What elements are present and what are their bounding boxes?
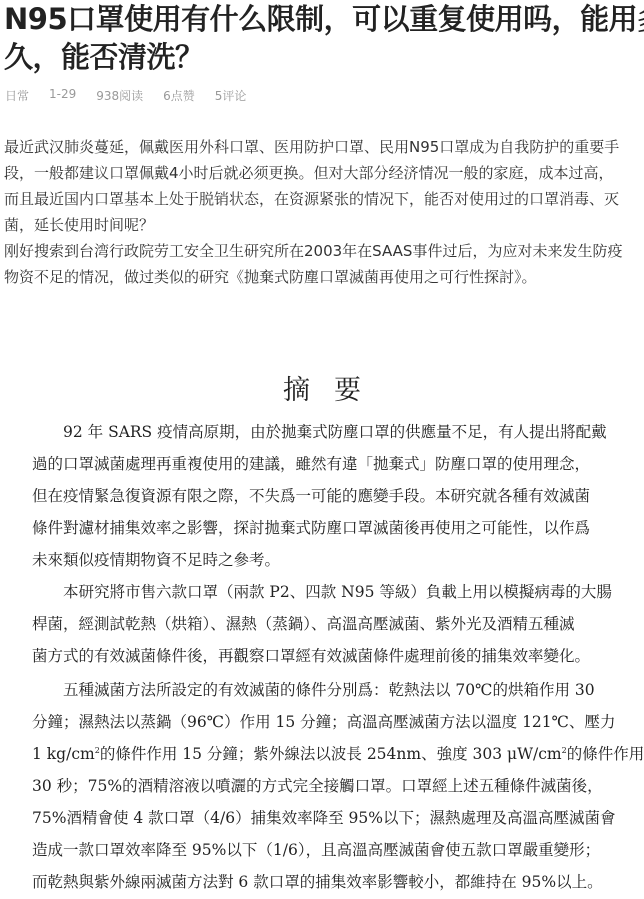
article-meta: 日常 1-29 938阅读 6点赞 5评论 (5, 87, 266, 104)
comment-count[interactable]: 5评论 (215, 87, 247, 104)
abstract-paragraph-3: 五種滅菌方法所設定的有效滅菌的條件分別爲：乾熱法以 70℃的烘箱作用 30 分鐘… (32, 674, 632, 898)
abstract-line: 未來類似疫情期物資不足時之參考。 (32, 544, 632, 576)
body-line: 物资不足的情况，做过类似的研究《抛棄式防塵口罩滅菌再使用之可行性探討》。 (4, 264, 644, 290)
unit-text: 的條件作用 (567, 745, 644, 763)
abstract-line: 桿菌，經測試乾熱（烘箱）、濕熱（蒸鍋）、高溫高壓滅菌、紫外光及酒精五種滅 (32, 608, 632, 640)
abstract-heading: 摘要 (0, 368, 644, 407)
article-title: N95口罩使用有什么限制，可以重复使用吗，能用多 久，能否清洗？ (4, 0, 644, 76)
body-line: 段，一般都建议口罩佩戴4小时后就必须更换。但对大部分经济情况一般的家庭，成本过高… (4, 160, 644, 186)
abstract-line: 而乾熱與紫外線兩滅菌方法對 6 款口罩的捕集效率影響較小，都維持在 95%以上。 (32, 866, 632, 898)
abstract-line: 30 秒；75%的酒精溶液以噴灑的方式完全接觸口罩。口罩經上述五種條件滅菌後， (32, 770, 632, 802)
category-link[interactable]: 日常 (5, 87, 29, 104)
publish-date: 1-29 (49, 87, 76, 104)
abstract-line: 但在疫情緊急復資源有限之際，不失爲一可能的應變手段。本研究就各種有效滅菌 (32, 480, 632, 512)
article-body: 最近武汉肺炎蔓延，佩戴医用外科口罩、医用防护口罩、民用N95口罩成为自我防护的重… (4, 134, 644, 290)
abstract-line: 1 kg/cm2的條件作用 15 分鐘；紫外線法以波長 254nm、強度 303… (32, 738, 632, 770)
body-line: 刚好搜索到台湾行政院劳工安全卫生研究所在2003年在SAAS事件过后，为应对未来… (4, 238, 644, 264)
title-line-2: 久，能否清洗？ (4, 38, 644, 76)
read-count: 938阅读 (96, 87, 143, 104)
unit-text: 1 kg/cm (32, 745, 95, 763)
abstract-line: 本研究將市售六款口罩（兩款 P2、四款 N95 等級）負載上用以模擬病毒的大腸 (32, 576, 632, 608)
abstract-line: 分鐘；濕熱法以蒸鍋（96℃）作用 15 分鐘；高溫高壓滅菌方法以溫度 121℃、… (32, 706, 632, 738)
abstract-line: 92 年 SARS 疫情高原期，由於拋棄式防塵口罩的供應量不足，有人提出將配戴 (32, 416, 632, 448)
title-line-1: N95口罩使用有什么限制，可以重复使用吗，能用多 (4, 0, 644, 38)
body-line: 而且最近国内口罩基本上处于脱销状态，在资源紧张的情况下，能否对使用过的口罩消毒、… (4, 186, 644, 212)
body-line: 菌，延长使用时间呢？ (4, 212, 644, 238)
body-line: 最近武汉肺炎蔓延，佩戴医用外科口罩、医用防护口罩、民用N95口罩成为自我防护的重… (4, 134, 644, 160)
scanned-abstract-image: 摘要 92 年 SARS 疫情高原期，由於拋棄式防塵口罩的供應量不足，有人提出將… (0, 350, 644, 899)
abstract-paragraph-1: 92 年 SARS 疫情高原期，由於拋棄式防塵口罩的供應量不足，有人提出將配戴 … (32, 416, 632, 576)
abstract-line: 條件對濾材捕集效率之影響，探討拋棄式防塵口罩滅菌後再使用之可能性，以作爲 (32, 512, 632, 544)
abstract-line: 菌方式的有效滅菌條件後，再觀察口罩經有效滅菌條件處理前後的捕集效率變化。 (32, 640, 632, 672)
abstract-line: 過的口罩滅菌處理再重複使用的建議，雖然有違「拋棄式」防塵口罩的使用理念， (32, 448, 632, 480)
abstract-paragraph-2: 本研究將市售六款口罩（兩款 P2、四款 N95 等級）負載上用以模擬病毒的大腸 … (32, 576, 632, 672)
abstract-line: 75%酒精會使 4 款口罩（4/6）捕集效率降至 95%以下；濕熱處理及高溫高壓… (32, 802, 632, 834)
like-count[interactable]: 6点赞 (163, 87, 195, 104)
abstract-line: 五種滅菌方法所設定的有效滅菌的條件分別爲：乾熱法以 70℃的烘箱作用 30 (32, 674, 632, 706)
unit-text: 的條件作用 15 分鐘；紫外線法以波長 254nm、強度 303 μW/cm (100, 745, 562, 763)
abstract-line: 造成一款口罩效率降至 95%以下（1/6），且高溫高壓滅菌會使五款口罩嚴重變形； (32, 834, 632, 866)
